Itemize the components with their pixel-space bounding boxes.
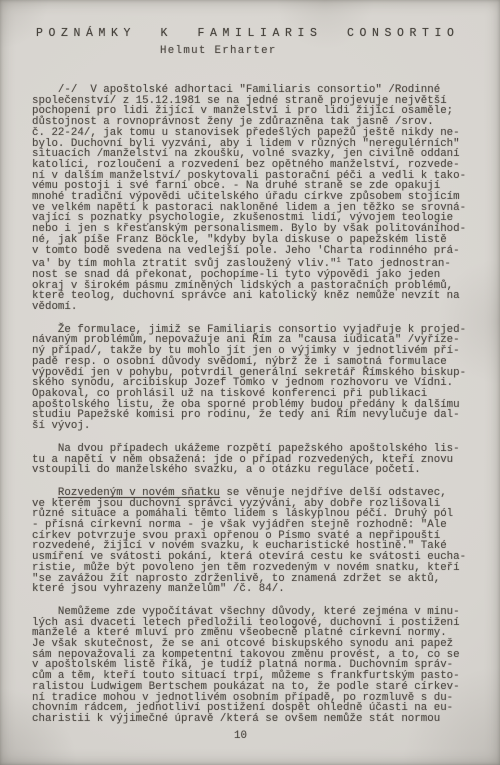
- document-body: /-/ V apoštolské adhortaci "Familiaris c…: [32, 85, 474, 725]
- page-number: 10: [32, 731, 474, 742]
- paragraph-4: Rozvedeným v novém sňatku se věnuje nejd…: [32, 488, 474, 595]
- paragraph-2: Že formulace, jimiž se Familiaris consor…: [32, 325, 474, 432]
- paragraph-3: Na dvou případech ukážeme rozpětí papežs…: [32, 444, 474, 476]
- author-name: Helmut Erharter: [32, 46, 474, 57]
- page-title: POZNÁMKY K FAMILIARIS CONSORTIO: [32, 27, 474, 41]
- paragraph-1: /-/ V apoštolské adhortaci "Familiaris c…: [32, 85, 474, 313]
- scanned-page: POZNÁMKY K FAMILIARIS CONSORTIO Helmut E…: [0, 0, 500, 765]
- paragraph-5: Nemůžeme zde vypočítávat všechny důvody,…: [32, 607, 474, 725]
- paragraph-4-text: se věnuje nejdříve delší odstavec, ve kt…: [32, 487, 466, 595]
- paragraph-1-text: /-/ V apoštolské adhortaci "Familiaris c…: [32, 84, 466, 270]
